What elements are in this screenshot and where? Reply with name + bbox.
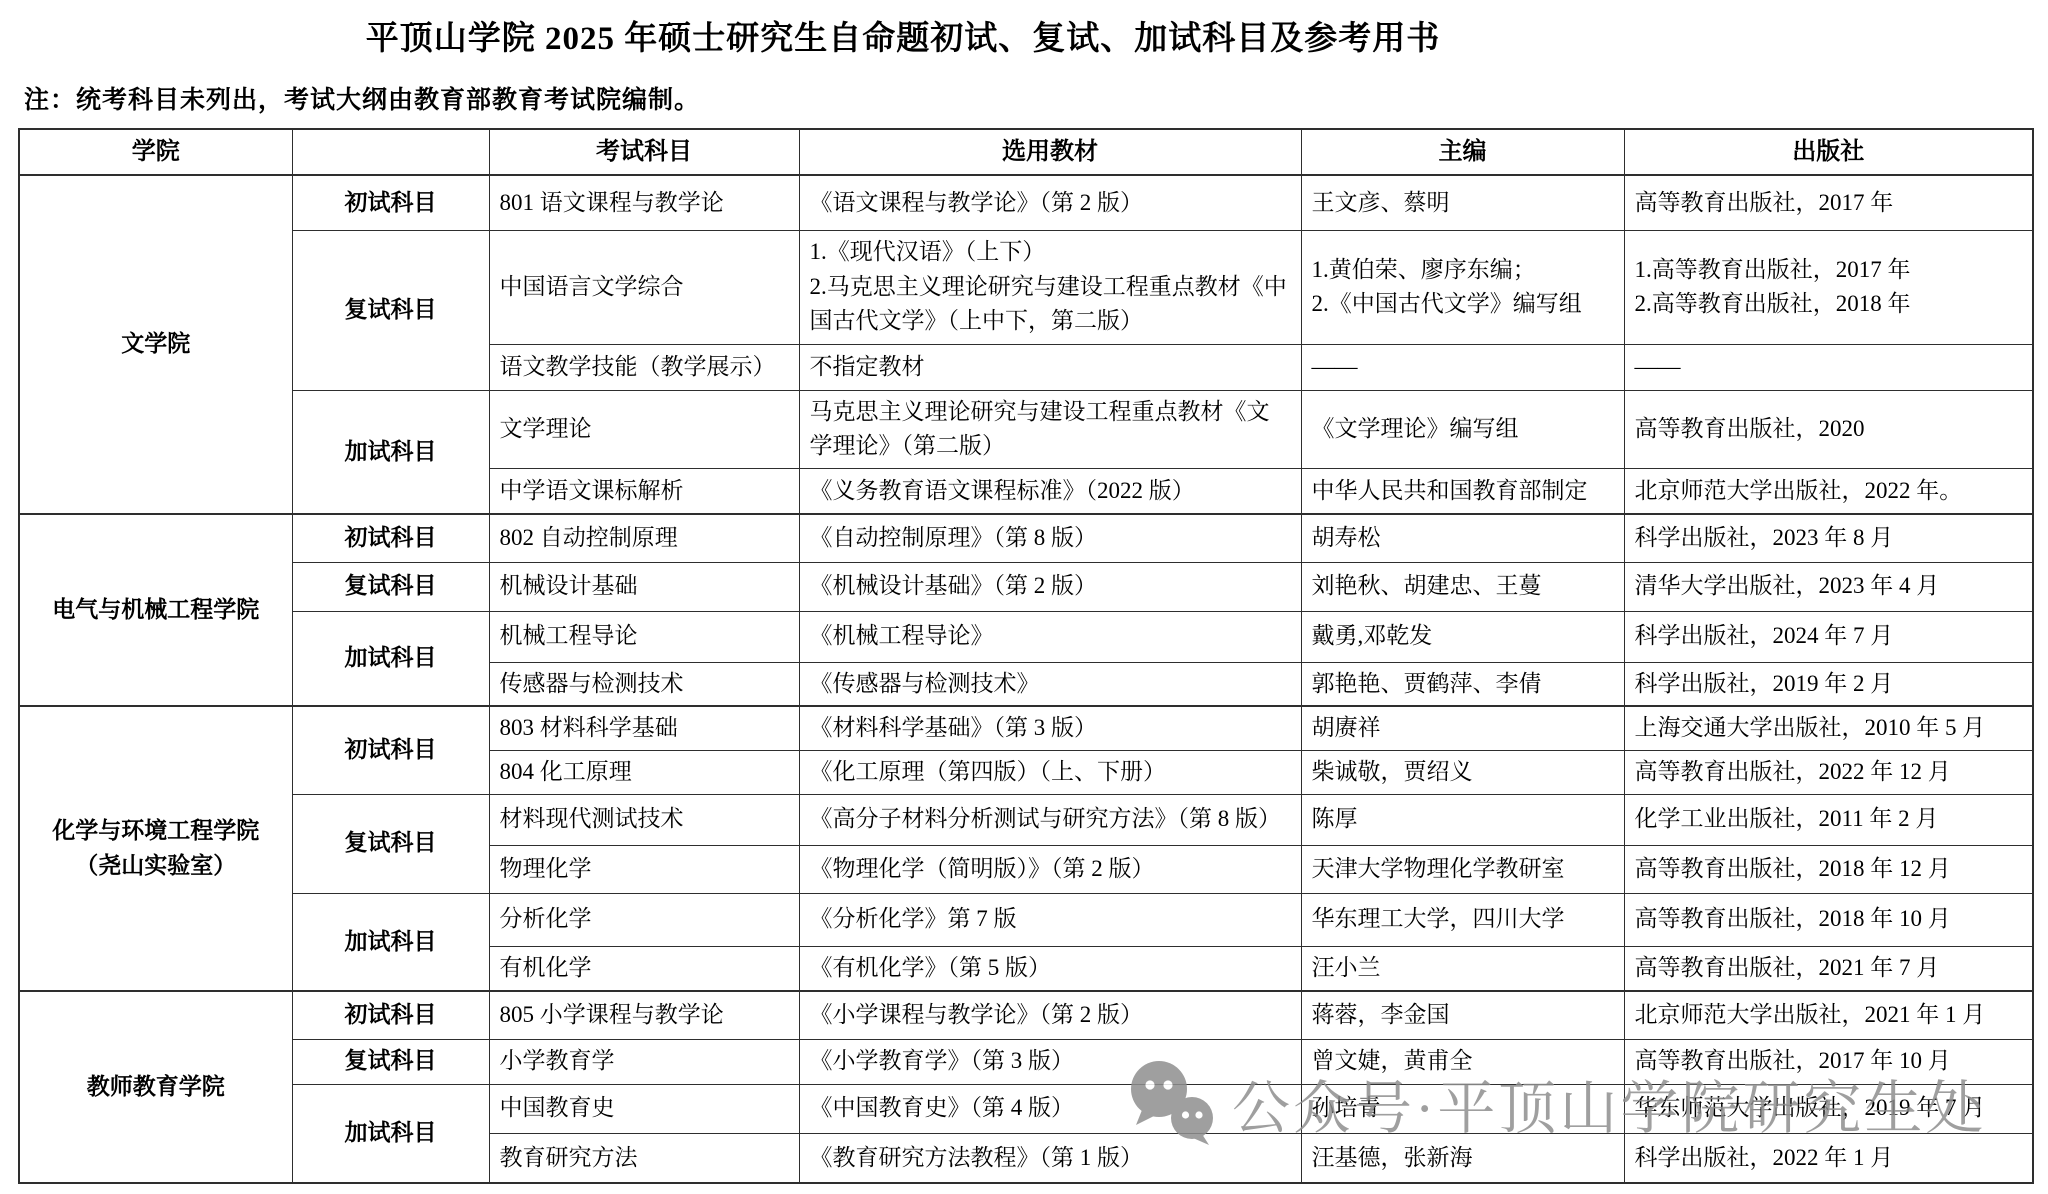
- textbook-cell: 《语文课程与教学论》（第 2 版）: [799, 175, 1301, 230]
- editor-cell: 柴诚敬，贾绍义: [1301, 750, 1624, 794]
- subject-cell: 材料现代测试技术: [489, 794, 799, 845]
- table-row: 化学与环境工程学院 （尧山实验室） 初试科目 803 材料科学基础 《材料科学基…: [19, 706, 2033, 750]
- exam-type-cell: 加试科目: [292, 893, 489, 991]
- exam-type-cell: 复试科目: [292, 794, 489, 893]
- textbook-cell: 《高分子材料分析测试与研究方法》（第 8 版）: [799, 794, 1301, 845]
- textbook-cell: 马克思主义理论研究与建设工程重点教材《文学理论》（第二版）: [799, 390, 1301, 468]
- textbook-cell: 不指定教材: [799, 344, 1301, 390]
- textbook-cell: 《传感器与检测技术》: [799, 662, 1301, 706]
- header-college: 学院: [19, 129, 292, 175]
- table-row: 复试科目 材料现代测试技术 《高分子材料分析测试与研究方法》（第 8 版） 陈厚…: [19, 794, 2033, 845]
- exam-type-cell: 复试科目: [292, 1039, 489, 1084]
- document-page: 平顶山学院 2025 年硕士研究生自命题初试、复试、加试科目及参考用书 注：统考…: [0, 0, 2048, 1194]
- publisher-cell: 高等教育出版社，2017 年: [1624, 175, 2033, 230]
- subject-cell: 803 材料科学基础: [489, 706, 799, 750]
- editor-cell: 陈厚: [1301, 794, 1624, 845]
- note-line: 注：统考科目未列出，考试大纲由教育部教育考试院编制。: [24, 80, 700, 116]
- textbook-cell: 《材料科学基础》（第 3 版）: [799, 706, 1301, 750]
- subject-cell: 805 小学课程与教学论: [489, 991, 799, 1039]
- textbook-cell: 《有机化学》（第 5 版）: [799, 946, 1301, 991]
- publisher-cell: 清华大学出版社，2023 年 4 月: [1624, 562, 2033, 611]
- exam-type-cell: 加试科目: [292, 611, 489, 706]
- header-publisher: 出版社: [1624, 129, 2033, 175]
- publisher-cell: 北京师范大学出版社，2021 年 1 月: [1624, 991, 2033, 1039]
- publisher-cell: 科学出版社，2024 年 7 月: [1624, 611, 2033, 662]
- publisher-cell: 科学出版社，2022 年 1 月: [1624, 1133, 2033, 1183]
- exam-subjects-table: 学院 考试科目 选用教材 主编 出版社 文学院 初试科目 801 语文课程与教学…: [18, 128, 2034, 1184]
- textbook-cell: 《机械设计基础》（第 2 版）: [799, 562, 1301, 611]
- editor-cell: 中华人民共和国教育部制定: [1301, 468, 1624, 514]
- exam-type-cell: 初试科目: [292, 175, 489, 230]
- editor-cell: 汪小兰: [1301, 946, 1624, 991]
- textbook-cell: 《机械工程导论》: [799, 611, 1301, 662]
- subject-cell: 语文教学技能（教学展示）: [489, 344, 799, 390]
- publisher-cell: 高等教育出版社，2017 年 10 月: [1624, 1039, 2033, 1084]
- header-textbook: 选用教材: [799, 129, 1301, 175]
- header-editor: 主编: [1301, 129, 1624, 175]
- textbook-cell: 《物理化学（简明版）》（第 2 版）: [799, 845, 1301, 893]
- exam-type-cell: 加试科目: [292, 390, 489, 514]
- subject-cell: 801 语文课程与教学论: [489, 175, 799, 230]
- exam-type-cell: 复试科目: [292, 230, 489, 390]
- publisher-cell: 高等教育出版社，2022 年 12 月: [1624, 750, 2033, 794]
- college-cell: 电气与机械工程学院: [19, 514, 292, 706]
- editor-cell: 《文学理论》编写组: [1301, 390, 1624, 468]
- editor-cell: 1.黄伯荣、廖序东编； 2.《中国古代文学》编写组: [1301, 230, 1624, 344]
- editor-cell: 戴勇,邓乾发: [1301, 611, 1624, 662]
- publisher-cell: 高等教育出版社，2021 年 7 月: [1624, 946, 2033, 991]
- table-row: 文学院 初试科目 801 语文课程与教学论 《语文课程与教学论》（第 2 版） …: [19, 175, 2033, 230]
- editor-cell: 曾文婕，黄甫全: [1301, 1039, 1624, 1084]
- subject-cell: 有机化学: [489, 946, 799, 991]
- subject-cell: 中学语文课标解析: [489, 468, 799, 514]
- table-row: 复试科目 小学教育学 《小学教育学》（第 3 版） 曾文婕，黄甫全 高等教育出版…: [19, 1039, 2033, 1084]
- publisher-cell: 化学工业出版社，2011 年 2 月: [1624, 794, 2033, 845]
- table-row: 教师教育学院 初试科目 805 小学课程与教学论 《小学课程与教学论》（第 2 …: [19, 991, 2033, 1039]
- publisher-cell: 科学出版社，2023 年 8 月: [1624, 514, 2033, 562]
- exam-type-cell: 初试科目: [292, 706, 489, 794]
- textbook-cell: 《自动控制原理》（第 8 版）: [799, 514, 1301, 562]
- page-title: 平顶山学院 2025 年硕士研究生自命题初试、复试、加试科目及参考用书: [0, 12, 1806, 59]
- textbook-cell: 《小学课程与教学论》（第 2 版）: [799, 991, 1301, 1039]
- table-row: 复试科目 中国语言文学综合 1.《现代汉语》（上下） 2.马克思主义理论研究与建…: [19, 230, 2033, 344]
- college-cell: 文学院: [19, 175, 292, 514]
- subject-cell: 分析化学: [489, 893, 799, 946]
- publisher-cell: 上海交通大学出版社，2010 年 5 月: [1624, 706, 2033, 750]
- table-row: 加试科目 机械工程导论 《机械工程导论》 戴勇,邓乾发 科学出版社，2024 年…: [19, 611, 2033, 662]
- editor-cell: 蒋蓉，李金国: [1301, 991, 1624, 1039]
- college-cell: 教师教育学院: [19, 991, 292, 1183]
- exam-type-cell: 初试科目: [292, 991, 489, 1039]
- subject-cell: 教育研究方法: [489, 1133, 799, 1183]
- publisher-cell: 北京师范大学出版社，2022 年。: [1624, 468, 2033, 514]
- publisher-cell: 高等教育出版社，2018 年 10 月: [1624, 893, 2033, 946]
- subject-cell: 802 自动控制原理: [489, 514, 799, 562]
- editor-cell: 华东理工大学，四川大学: [1301, 893, 1624, 946]
- editor-cell: 郭艳艳、贾鹤萍、李倩: [1301, 662, 1624, 706]
- subject-cell: 传感器与检测技术: [489, 662, 799, 706]
- textbook-cell: 《化工原理（第四版）（上、下册）: [799, 750, 1301, 794]
- editor-cell: ——: [1301, 344, 1624, 390]
- subject-cell: 机械设计基础: [489, 562, 799, 611]
- header-subject: 考试科目: [489, 129, 799, 175]
- textbook-cell: 《中国教育史》（第 4 版）: [799, 1084, 1301, 1133]
- subject-cell: 小学教育学: [489, 1039, 799, 1084]
- table-row: 复试科目 机械设计基础 《机械设计基础》（第 2 版） 刘艳秋、胡建忠、王蔓 清…: [19, 562, 2033, 611]
- publisher-cell: 高等教育出版社，2020: [1624, 390, 2033, 468]
- publisher-cell: 华东师范大学出版社，2019 年 7 月: [1624, 1084, 2033, 1133]
- college-cell: 化学与环境工程学院 （尧山实验室）: [19, 706, 292, 991]
- textbook-cell: 《义务教育语文课程标准》（2022 版）: [799, 468, 1301, 514]
- subject-cell: 机械工程导论: [489, 611, 799, 662]
- subject-cell: 中国教育史: [489, 1084, 799, 1133]
- subject-cell: 中国语言文学综合: [489, 230, 799, 344]
- subject-cell: 804 化工原理: [489, 750, 799, 794]
- table-row: 加试科目 中国教育史 《中国教育史》（第 4 版） 孙培青 华东师范大学出版社，…: [19, 1084, 2033, 1133]
- editor-cell: 胡寿松: [1301, 514, 1624, 562]
- textbook-cell: 《分析化学》第 7 版: [799, 893, 1301, 946]
- table-row: 加试科目 分析化学 《分析化学》第 7 版 华东理工大学，四川大学 高等教育出版…: [19, 893, 2033, 946]
- editor-cell: 天津大学物理化学教研室: [1301, 845, 1624, 893]
- publisher-cell: ——: [1624, 344, 2033, 390]
- publisher-cell: 科学出版社，2019 年 2 月: [1624, 662, 2033, 706]
- textbook-cell: 《教育研究方法教程》（第 1 版）: [799, 1133, 1301, 1183]
- publisher-cell: 高等教育出版社，2018 年 12 月: [1624, 845, 2033, 893]
- editor-cell: 刘艳秋、胡建忠、王蔓: [1301, 562, 1624, 611]
- exam-type-cell: 初试科目: [292, 514, 489, 562]
- subject-cell: 文学理论: [489, 390, 799, 468]
- editor-cell: 孙培青: [1301, 1084, 1624, 1133]
- exam-type-cell: 加试科目: [292, 1084, 489, 1183]
- subject-cell: 物理化学: [489, 845, 799, 893]
- editor-cell: 汪基德，张新海: [1301, 1133, 1624, 1183]
- table-row: 加试科目 文学理论 马克思主义理论研究与建设工程重点教材《文学理论》（第二版） …: [19, 390, 2033, 468]
- editor-cell: 王文彦、蔡明: [1301, 175, 1624, 230]
- header-exam-type: [292, 129, 489, 175]
- table-header-row: 学院 考试科目 选用教材 主编 出版社: [19, 129, 2033, 175]
- textbook-cell: 1.《现代汉语》（上下） 2.马克思主义理论研究与建设工程重点教材《中国古代文学…: [799, 230, 1301, 344]
- publisher-cell: 1.高等教育出版社，2017 年 2.高等教育出版社，2018 年: [1624, 230, 2033, 344]
- table-row: 电气与机械工程学院 初试科目 802 自动控制原理 《自动控制原理》（第 8 版…: [19, 514, 2033, 562]
- editor-cell: 胡赓祥: [1301, 706, 1624, 750]
- exam-type-cell: 复试科目: [292, 562, 489, 611]
- textbook-cell: 《小学教育学》（第 3 版）: [799, 1039, 1301, 1084]
